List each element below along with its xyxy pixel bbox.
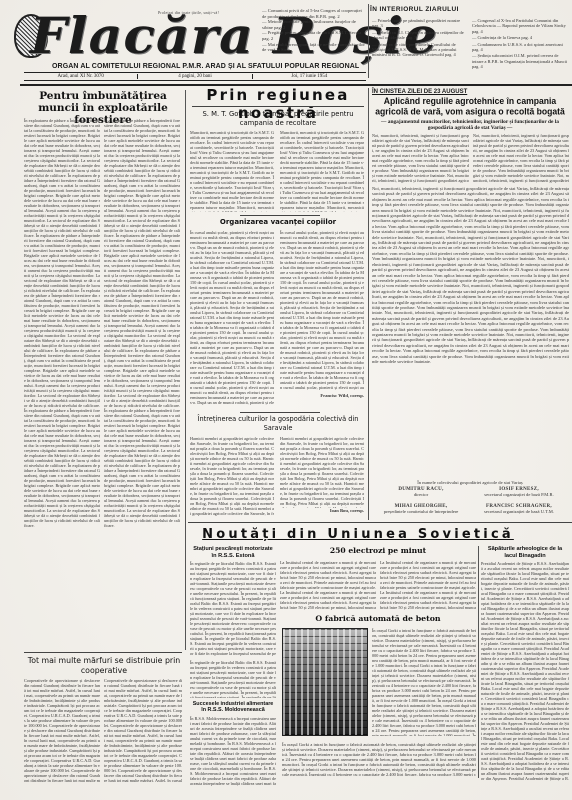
electrodes-body-col-2: La Institutul central de organizare a mu… (380, 560, 476, 610)
food-industry-body: În R.S.S. Moldovenească a început constr… (190, 716, 276, 786)
archaeology-headline: Săpăturile arheologice de la lacul Binag… (481, 546, 569, 559)
cooperative-body-col-2: Cooperativele de aprovizionare și desfac… (104, 678, 182, 782)
saravale-body-col-1: Harnicii membri ai gospodăriei agricole … (190, 436, 274, 516)
agro-body: Noi, muncitorii, tehnicienii, inginerii … (372, 186, 569, 476)
signatory-role: director (414, 492, 428, 497)
archaeology-body: Prezidiul Academiei de Științe a R.S.S. … (481, 561, 569, 781)
newspaper-page: Proletari din toate țările, uniți-vă! Fl… (0, 0, 572, 800)
rule (240, 412, 320, 413)
vacation-signature: Francisc Wild, coresp. (280, 393, 364, 398)
electrodes-headline: 250 electrozi pe minut (280, 546, 476, 555)
toc-title: ÎN INTERIORUL ZIARULUI (370, 6, 459, 13)
masthead-info-bar: Arad, anul XI Nr. 3070 4 pagini, 20 bani… (24, 72, 366, 81)
toc-entry: — Ședința subcomisiei O.I.M. privind cer… (472, 53, 568, 69)
forestry-body-col-2: În exploatarea de pădure a Întreprinderi… (104, 118, 180, 648)
agro-subtitle: — angajamentul muncitorilor, tehnicienil… (372, 119, 568, 131)
column-divider (368, 88, 369, 520)
issue-price: 4 pagini, 20 bani (138, 74, 252, 79)
agro-kicker: ÎN CINSTEA ZILEI DE 23 AUGUST (372, 89, 467, 95)
toc-entry: — Mai multă preocupare față de nevoile c… (262, 42, 366, 53)
toc-entry: — Congresul al X-lea al Partidului Comun… (472, 18, 568, 34)
signatory-name: IOSIF ERNESZ, (499, 487, 539, 492)
agro-intro-col-1: Noi, muncitorii, tehnicienii, inginerii … (372, 133, 469, 183)
column-divider (368, 4, 369, 78)
issue-number: Arad, anul XI Nr. 3070 (24, 74, 138, 79)
smt-body-col-1: Muncitorii, mecanicii și tractoriștii de… (190, 130, 274, 212)
stations-body-cont: În regiunile de pe litoralul Baltic din … (190, 660, 276, 698)
toc-entry: — Primirea de către președintele Consili… (372, 42, 466, 58)
rule (24, 652, 182, 653)
rule (240, 215, 320, 216)
toc-entry: — Rebelia cu R.I. Chișeni în apărarea ce… (372, 30, 466, 41)
column-divider (478, 546, 479, 778)
agro-headline: Aplicând regulile agrotehnice în campani… (372, 97, 568, 117)
section-rule (188, 522, 572, 523)
rule (192, 106, 364, 107)
cooperative-body-col-1: Cooperativele de aprovizionare și desfac… (24, 678, 100, 782)
vacation-headline: Organizarea vacanței copiilor (190, 218, 366, 227)
agro-intro-col-2: Noi, muncitorii, tehnicienii, inginerii … (473, 133, 569, 183)
smt-body-col-2: Muncitorii, mecanicii și tractoriștii de… (280, 130, 364, 212)
signatory-name: FRANCISC SCHRAGNER, (486, 504, 552, 509)
agro-signatories-intro: În numele colectivului gospodăriei agric… (372, 480, 568, 485)
signatory: DUMITRU RACU, director (372, 486, 470, 498)
toc-entry: — Pregătiri pentru campania de vară la S… (262, 30, 366, 41)
toc-entry: — Metode încercate pentru însilozarea fu… (262, 19, 366, 30)
signatory-name: DUMITRU RACU, (398, 487, 443, 492)
toc-entry: — Comunicat privit de al 5-lea Congres a… (262, 8, 366, 19)
forestry-body-col-1: În exploatarea de pădure a Întreprinderi… (24, 118, 100, 648)
signatory-role: președintele comitetului de întreprinder… (384, 509, 459, 514)
smt-headline: S. M. T. Gottlob a terminat pregătirile … (190, 110, 366, 127)
masthead-organ-line: ORGAN AL COMITETULUI REGIONAL P.M.R. ARA… (52, 63, 359, 70)
toc-middle-column: — Comunicat privit de al 5-lea Congres a… (262, 8, 366, 53)
issue-date: Joi, 17 iunie 1954 (253, 74, 366, 79)
signatory-role: secretarul organizației de bază U.T.M. (484, 509, 554, 514)
saravale-body-col-2: Harnicii membri ai gospodăriei agricole … (280, 436, 364, 508)
electrodes-body-col-1: La Institutul central de organizare a mu… (280, 560, 376, 610)
signatory: MIHAI GHEORGHE, președintele comitetului… (372, 503, 470, 515)
concrete-body: În orașul Gorki a intrat în funcțiune o … (372, 628, 476, 736)
vacation-body-col-1: În cursul anului școlar, pionierii și el… (190, 230, 274, 406)
toc-entry: — Conferința de la Geneva pag. 4 (472, 35, 568, 40)
signatory: FRANCISC SCHRAGNER, secretarul organizaț… (470, 503, 568, 515)
toc-column-1: — Primele roade pe pământul gospodăriei … (372, 18, 466, 59)
toc-column-2: — Congresul al X-lea al Partidului Comun… (472, 18, 568, 71)
cooperative-headline: Tot mai multe mărfuri se distribuie prin… (24, 656, 184, 675)
food-industry-headline: Succesele industriei alimentare în R.S.S… (190, 701, 276, 714)
concrete-headline: O fabrică automată de beton (280, 614, 476, 623)
signatory-role: secretarul organizației de bază P.M.R. (484, 492, 553, 497)
toc-entry: — Condamnarea în U.R.S.S. a doi spioni a… (472, 42, 568, 53)
toc-entry: — Primele roade pe pământul gospodăriei … (372, 18, 466, 29)
signatory-name: MIHAI GHEORGHE, (395, 504, 448, 509)
saravale-signature: Ioan Bou, coresp. (280, 508, 364, 513)
vacation-body-col-2: În cursul anului școlar, pionierii și el… (280, 230, 364, 390)
saravale-headline: Întreținerea culturilor la gospodăria co… (190, 415, 366, 432)
column-divider (185, 90, 186, 650)
stations-headline: Stațiuni pescărești motorizate în R.S.S.… (190, 546, 276, 559)
soviet-news-banner: Noutăți din Uniunea Sovietică (190, 527, 526, 543)
concrete-body-cont: În orașul Gorki a intrat în funcțiune o … (282, 742, 476, 776)
signatory: IOSIF ERNESZ, secretarul organizației de… (470, 486, 568, 498)
factory-photo (282, 628, 368, 736)
stations-body: În regiunile de pe litoralul Baltic din … (190, 561, 276, 657)
